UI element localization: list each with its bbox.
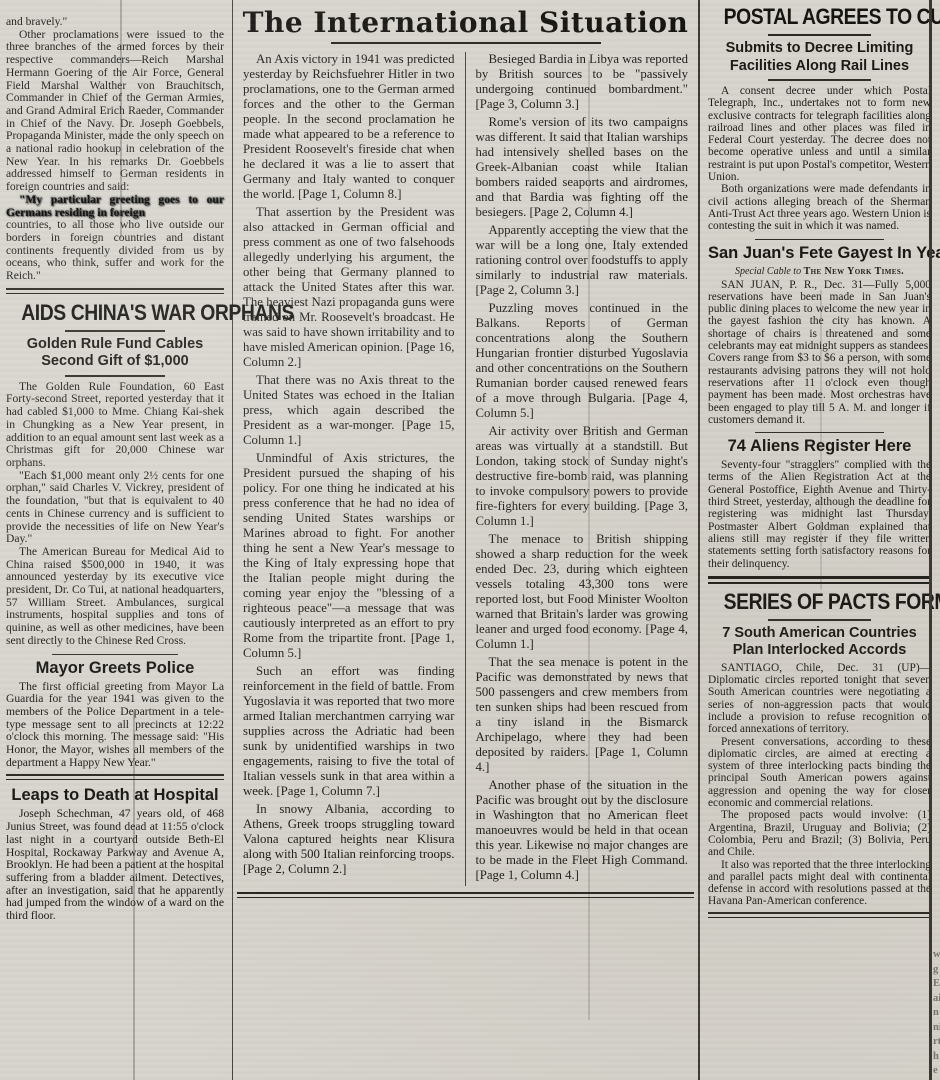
article-aids-china: AIDS CHINA'S WAR ORPHANS Golden Rule Fun… [6, 300, 224, 648]
divider-double [6, 774, 224, 780]
paragraph: Puzzling moves continued in the Balkans.… [476, 301, 689, 421]
paragraph: Joseph Schechman, 47 years old, of 468 J… [6, 808, 224, 922]
article-leaps-to-death: Leaps to Death at Hospital Joseph Schech… [6, 786, 224, 922]
summary-columns: An Axis victory in 1941 was predicted ye… [233, 52, 698, 886]
scan-fold-line [133, 712, 135, 1080]
article-subhead: 7 South American Countries Plan Interloc… [712, 625, 927, 660]
section-headline: The International Situation [233, 6, 698, 40]
divider-short [65, 375, 165, 377]
summary-column-2: Besieged Bardia in Libya was reported by… [466, 52, 699, 886]
paragraph: SANTIAGO, Chile, Dec. 31 (UP)—Diplomatic… [708, 662, 931, 736]
paragraph: Other proclamations were issued to the t… [6, 29, 224, 194]
paragraph: That the sea menace is potent in the Pac… [476, 655, 689, 775]
paragraph: The Golden Rule Foundation, 60 East Fort… [6, 381, 224, 470]
paragraph: Both organizations were made defendants … [708, 183, 931, 232]
paragraph: That there was no Axis threat to the Uni… [243, 373, 455, 448]
paragraph: The menace to British shipping showed a … [476, 532, 689, 652]
divider-short [65, 330, 165, 332]
paragraph: Apparently accepting the view that the w… [476, 223, 689, 298]
divider-short [768, 619, 871, 621]
article-subhead: Golden Rule Fund Cables Second Gift of $… [10, 336, 220, 371]
article-subhead: Submits to Decree Limiting Facilities Al… [712, 40, 927, 75]
paragraph: A consent decree under which Postal Tele… [708, 85, 931, 183]
paragraph: and bravely." [6, 16, 224, 29]
paragraph: Besieged Bardia in Libya was reported by… [476, 52, 689, 112]
article-headline: AIDS CHINA'S WAR ORPHANS [21, 300, 208, 326]
paragraph: Unmindful of Axis strictures, the Presid… [243, 451, 455, 661]
paragraph: Present conversations, according to thes… [708, 736, 931, 810]
article-headline: Leaps to Death at Hospital [6, 786, 224, 805]
paragraph: The first official greeting from Mayor L… [6, 681, 224, 770]
paragraph: The proposed pacts would involve: (1) Ar… [708, 809, 931, 858]
international-situation-section: The International Situation An Axis vict… [233, 0, 700, 1080]
article-mayor-greets-police: Mayor Greets Police The first official g… [6, 659, 224, 770]
paragraph: An Axis victory in 1941 was predicted ye… [243, 52, 455, 202]
article-headline: SERIES OF PACTS FORMING [724, 589, 916, 615]
page-edge-rule [929, 0, 932, 1080]
article-headline: POSTAL AGREES TO CURB [724, 4, 916, 30]
divider-hairline [52, 654, 178, 655]
divider-short [768, 34, 871, 36]
left-column: and bravely." Other proclamations were i… [0, 0, 233, 1080]
article-headline: San Juan's Fete Gayest In Years [708, 244, 931, 263]
article-goebbels-continuation: and bravely." Other proclamations were i… [6, 16, 224, 283]
adjacent-column-bleed-text: wgEainnirthe [933, 948, 940, 1079]
byline-paper-name: The New York Times. [804, 266, 904, 277]
article-postal-agrees: POSTAL AGREES TO CURB Submits to Decree … [708, 4, 931, 233]
article-headline: Mayor Greets Police [6, 659, 224, 678]
paragraph: That assertion by the President was also… [243, 205, 455, 370]
divider-short [768, 79, 871, 81]
scan-fold-line [820, 290, 822, 590]
byline: Special Cable to The New York Times. [708, 266, 931, 278]
scan-fold-line [588, 60, 590, 1020]
byline-prefix: Special Cable to [735, 266, 804, 277]
divider-double [237, 892, 694, 898]
divider-short [331, 42, 601, 44]
summary-column-1: An Axis victory in 1941 was predicted ye… [233, 52, 466, 886]
divider-double [708, 912, 931, 918]
paragraph: "Each $1,000 meant only 2½ cents for one… [6, 470, 224, 546]
paragraph: In snowy Albania, according to Athens, G… [243, 802, 455, 877]
scan-fold-line [120, 0, 122, 238]
paragraph: Another phase of the situation in the Pa… [476, 778, 689, 883]
newspaper-page: and bravely." Other proclamations were i… [0, 0, 940, 1080]
paragraph: It also was reported that the three inte… [708, 859, 931, 908]
divider-hairline [755, 239, 884, 240]
paragraph: Rome's version of its two campaigns was … [476, 115, 689, 220]
paragraph-smudged: "My particular greeting goes to our Germ… [6, 194, 224, 219]
divider-double [6, 288, 224, 294]
paragraph: countries, to all those who live outside… [6, 219, 224, 283]
paragraph: Air activity over British and German are… [476, 424, 689, 529]
paragraph: The American Bureau for Medical Aid to C… [6, 546, 224, 648]
paragraph: Such an effort was finding reinforcement… [243, 664, 455, 799]
article-series-of-pacts: SERIES OF PACTS FORMING 7 South American… [708, 589, 931, 908]
